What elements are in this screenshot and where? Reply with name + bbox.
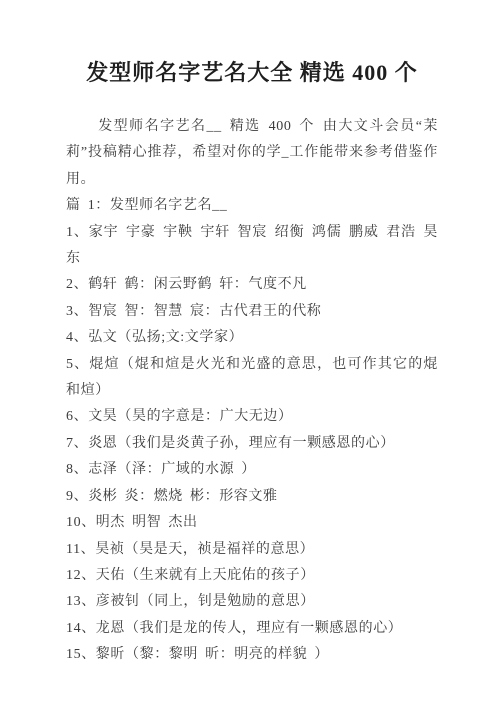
list-item: 15、黎昕（黎：黎明 昕：明亮的样貌 ）: [66, 642, 438, 668]
list-item: 14、龙恩（我们是龙的传人，理应有一颗感恩的心）: [66, 616, 438, 642]
list-item: 9、炎彬 炎：燃烧 彬：形容文雅: [66, 484, 438, 510]
list-item: 7、炎恩（我们是炎黄子孙，理应有一颗感恩的心）: [66, 431, 438, 457]
section-heading: 篇 1：发型师名字艺名__: [66, 193, 438, 219]
list-item: 10、明杰 明智 杰出: [66, 510, 438, 536]
list-item: 1、家宇 宇豪 宇鞅 宇轩 智宸 绍衡 鸿儒 鹏威 君浩 昊东: [66, 220, 438, 273]
list-item: 6、文昊（昊的字意是：广大无边）: [66, 404, 438, 430]
list-item: 11、昊祯（昊是天，祯是福祥的意思）: [66, 537, 438, 563]
list-item: 3、智宸 智：智慧 宸：古代君王的代称: [66, 299, 438, 325]
intro-paragraph: 发型师名字艺名__ 精选 400 个 由大文斗会员“茉莉”投稿精心推荐，希望对你…: [66, 114, 438, 193]
document-page: 发型师名字艺名大全 精选 400 个 发型师名字艺名__ 精选 400 个 由大…: [0, 0, 500, 708]
list-item: 12、天佑（生来就有上天庇佑的孩子）: [66, 563, 438, 589]
page-title: 发型师名字艺名大全 精选 400 个: [66, 58, 438, 88]
list-item: 4、弘文（弘扬;文:文学家）: [66, 325, 438, 351]
list-item: 13、彦被钊（同上，钊是勉励的意思）: [66, 589, 438, 615]
list-item: 2、鹤轩 鹤：闲云野鹤 轩：气度不凡: [66, 272, 438, 298]
list-item: 8、志泽（泽：广域的水源 ）: [66, 457, 438, 483]
list-item: 5、焜煊（焜和煊是火光和光盛的意思，也可作其它的焜和煊）: [66, 352, 438, 405]
